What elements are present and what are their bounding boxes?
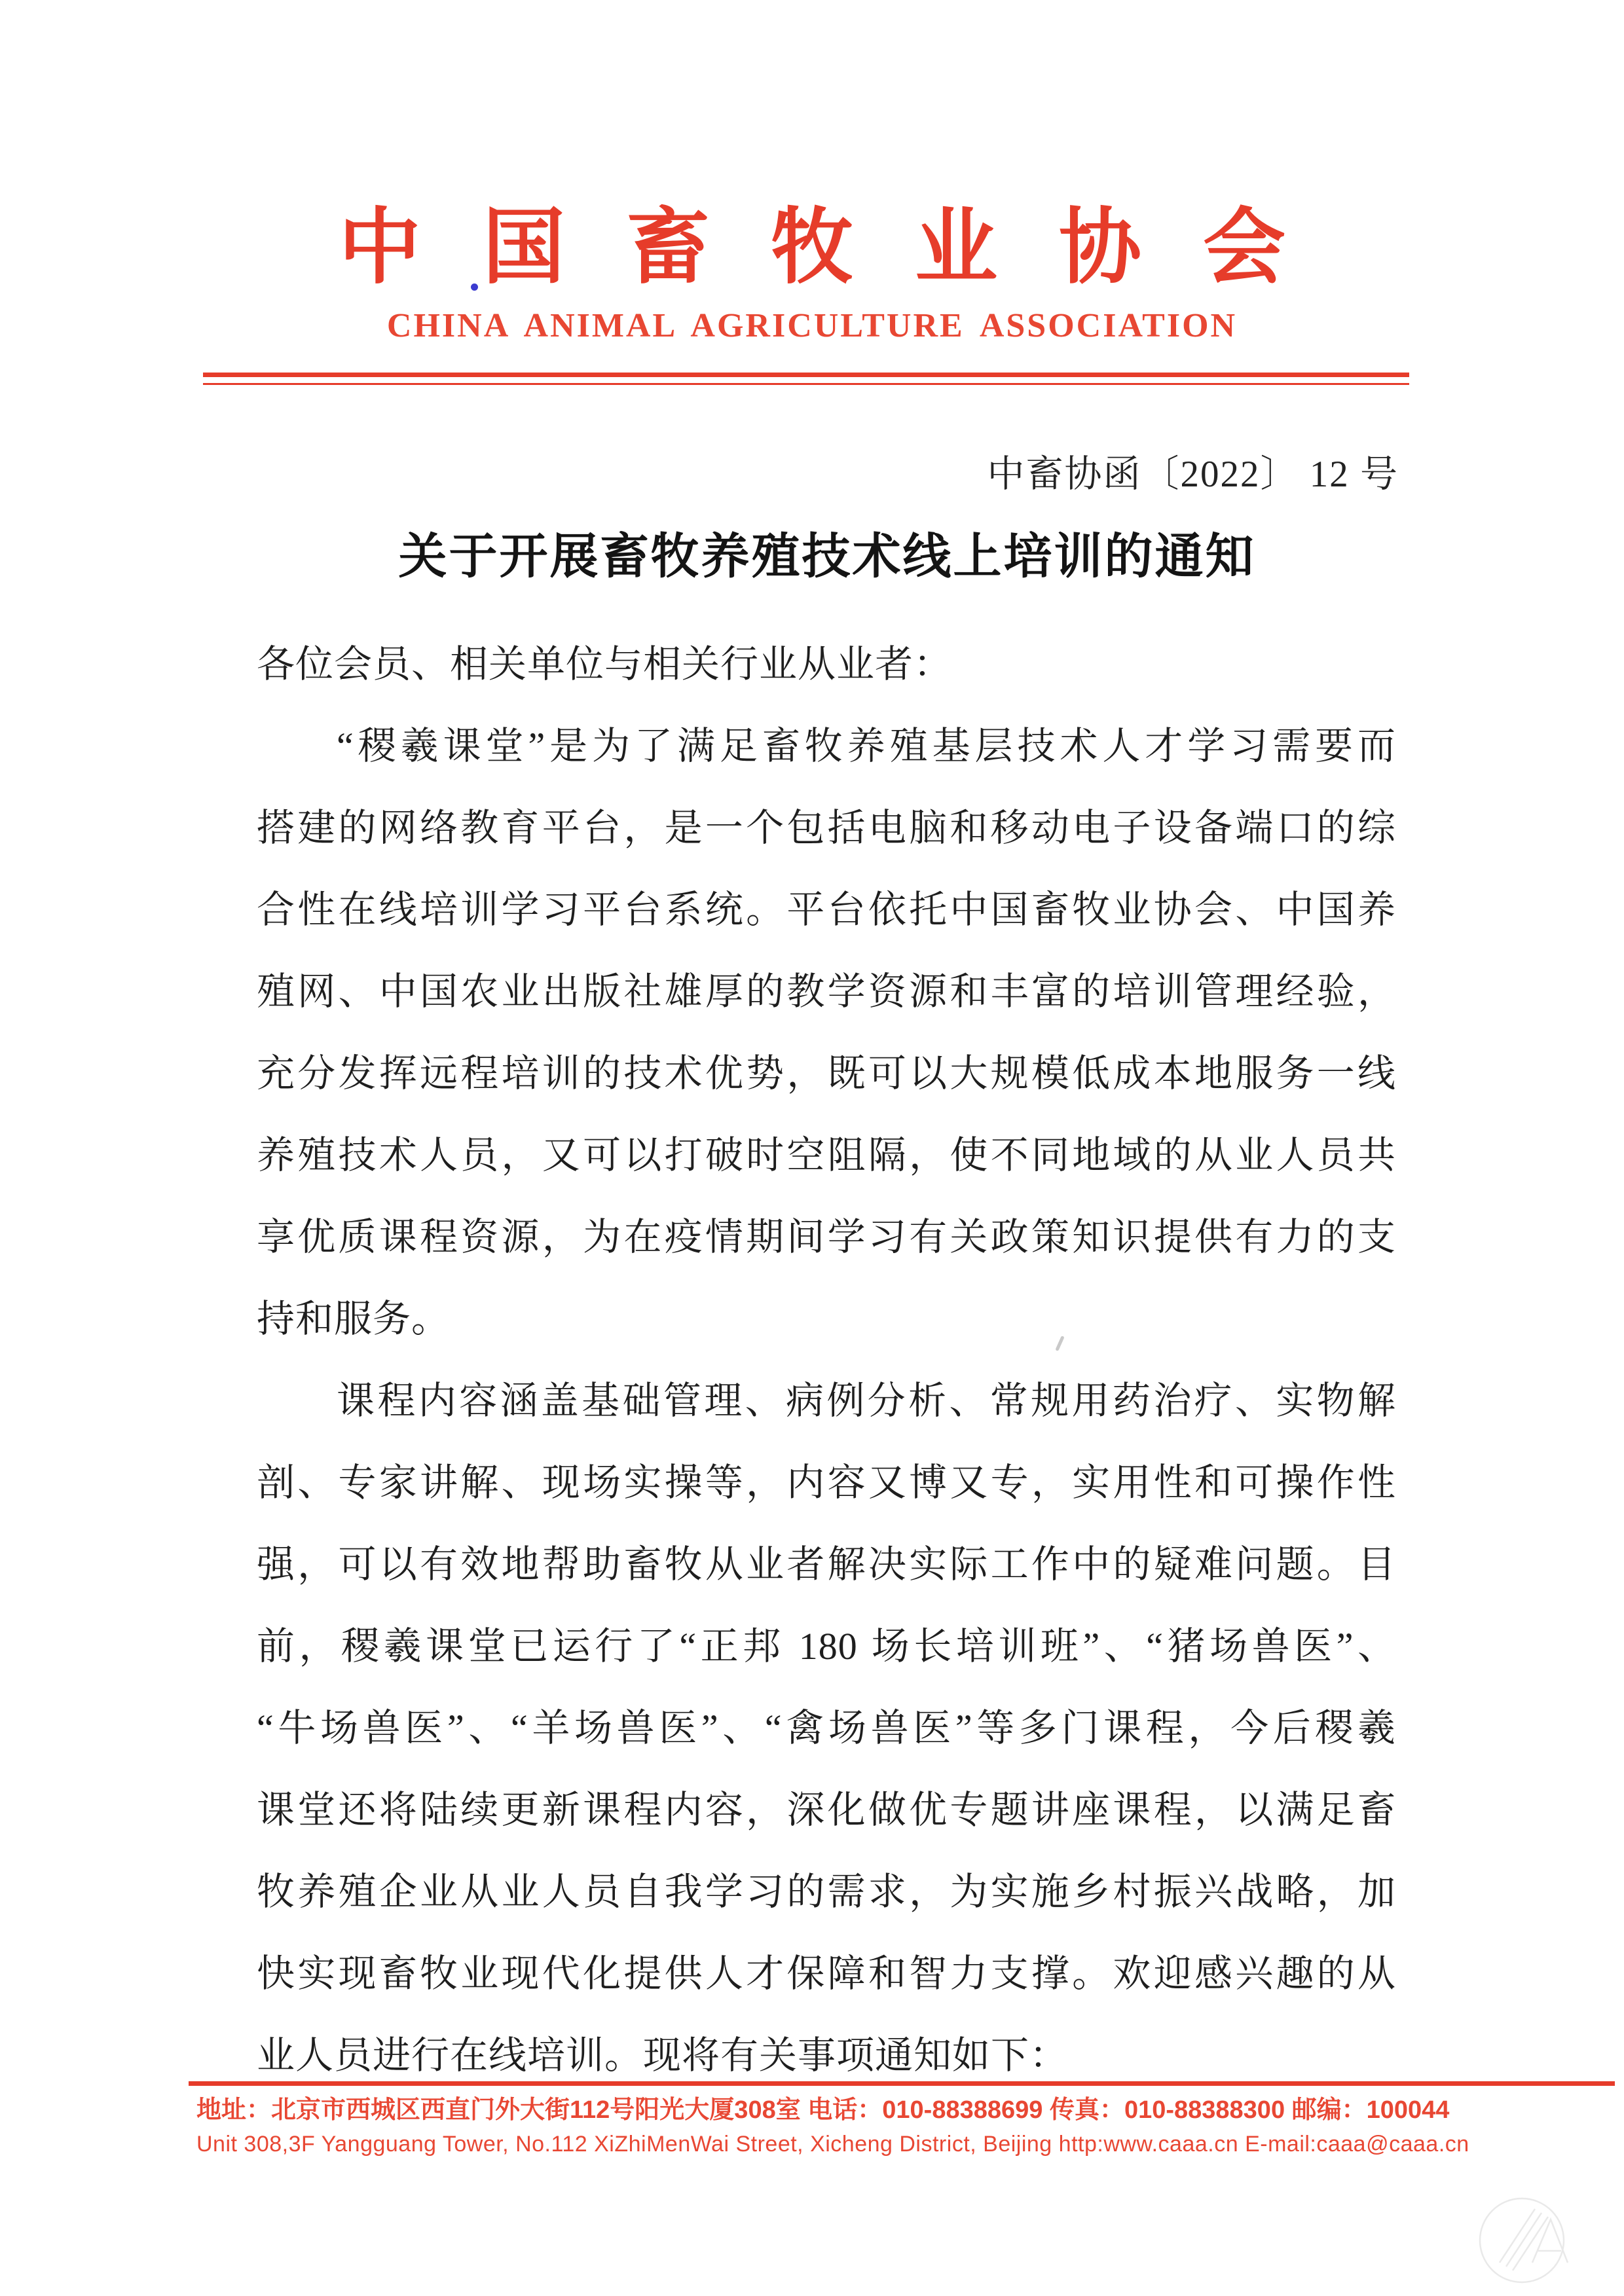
body-line: 前，稷羲课堂已运行了“正邦 180 场长培训班”、“猪场兽医”、 [257, 1605, 1396, 1687]
notice-body: 各位会员、相关单位与相关行业从业者： “稷羲课堂”是为了满足畜牧养殖基层技术人才… [257, 623, 1396, 2096]
body-line: 课程内容涵盖基础管理、病例分析、常规用药治疗、实物解 [257, 1360, 1396, 1442]
org-name-cn: 中国畜牧业协会 [0, 200, 1624, 298]
caaa-watermark-logo-icon [1475, 2192, 1573, 2290]
body-line: 搭建的网络教育平台，是一个包括电脑和移动电子设备端口的综 [257, 787, 1396, 869]
footer-address-en: Unit 308,3F Yangguang Tower, No.112 XiZh… [196, 2129, 1539, 2159]
body-line: 快实现畜牧业现代化提供人才保障和智力支撑。欢迎感兴趣的从 [257, 1933, 1396, 2014]
doc-number: 中畜协函〔2022〕 12 号 [255, 445, 1399, 504]
body-line: 充分发挥远程培训的技术优势，既可以大规模低成本地服务一线 [257, 1032, 1396, 1114]
letterhead-rule-thick [203, 373, 1409, 377]
body-line: 课堂还将陆续更新课程内容，深化做优专题讲座课程，以满足畜 [257, 1769, 1396, 1851]
letterhead-rule-thin [203, 383, 1409, 385]
notice-title: 关于开展畜牧养殖技术线上培训的通知 [216, 521, 1438, 593]
body-line: 剖、专家讲解、现场实操等，内容又博又专，实用性和可操作性 [257, 1442, 1396, 1523]
body-line: 养殖技术人员，又可以打破时空阻隔，使不同地域的从业人员共 [257, 1114, 1396, 1196]
body-line: “稷羲课堂”是为了满足畜牧养殖基层技术人才学习需要而 [257, 705, 1396, 787]
body-line: 各位会员、相关单位与相关行业从业者： [257, 623, 1396, 705]
body-line: 牧养殖企业从业人员自我学习的需求，为实施乡村振兴战略，加 [257, 1851, 1396, 1933]
footer-address-cn: 地址：北京市西城区西直门外大街112号阳光大厦308室 电话：010-88388… [196, 2094, 1539, 2126]
footer-rule [189, 2081, 1615, 2086]
scan-speck-blue-dot [471, 283, 478, 291]
body-line: 殖网、中国农业出版社雄厚的教学资源和丰富的培训管理经验， [257, 951, 1396, 1032]
body-line: 享优质课程资源，为在疫情期间学习有关政策知识提供有力的支 [257, 1196, 1396, 1278]
body-line: 持和服务。 [257, 1278, 1396, 1360]
scanned-notice-page: 中国畜牧业协会 CHINA ANIMAL AGRICULTURE ASSOCIA… [0, 0, 1624, 2296]
org-name-en: CHINA ANIMAL AGRICULTURE ASSOCIATION [0, 306, 1624, 346]
body-line: 强，可以有效地帮助畜牧从业者解决实际工作中的疑难问题。目 [257, 1523, 1396, 1605]
body-line: 合性在线培训学习平台系统。平台依托中国畜牧业协会、中国养 [257, 869, 1396, 951]
body-line: “牛场兽医”、“羊场兽医”、“禽场兽医”等多门课程，今后稷羲 [257, 1687, 1396, 1769]
